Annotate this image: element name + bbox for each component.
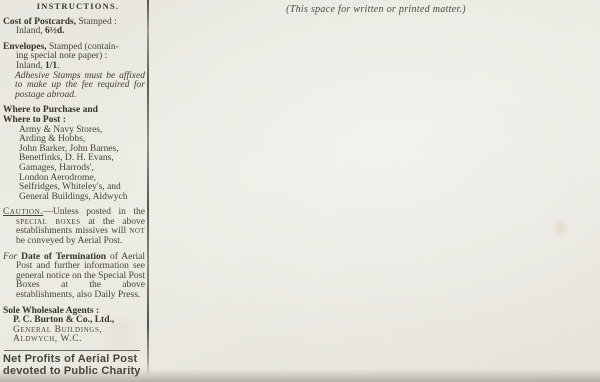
caution-paragraph: Caution.—Unless posted in the special bo… bbox=[3, 208, 145, 246]
agents-address-line-2: Aldwych, W.C. bbox=[3, 335, 145, 345]
caution-not: not bbox=[129, 226, 145, 236]
column-divider-line bbox=[147, 0, 149, 376]
instructions-column: INSTRUCTIONS. Cost of Postcards, Stamped… bbox=[3, 2, 145, 377]
horizontal-rule bbox=[4, 350, 140, 351]
adhesive-stamps-note: Adhesive Stamps must be affixed to make … bbox=[15, 72, 145, 101]
envelopes-inland-price: 1/1 bbox=[45, 61, 57, 71]
cost-inland-price: 6½d. bbox=[45, 26, 65, 36]
envelopes-paragraph: Envelopes, Stamped (contain- ing special… bbox=[3, 43, 145, 101]
charity-line-2: devoted to Public Charity bbox=[3, 366, 145, 378]
cost-paragraph: Cost of Postcards, Stamped : Inland, 6½d… bbox=[3, 18, 145, 37]
cost-label: Cost of Postcards, bbox=[3, 17, 76, 27]
charity-notice: Net Profits of Aerial Post devoted to Pu… bbox=[3, 354, 145, 377]
cost-inland-prefix: Inland, bbox=[16, 26, 45, 36]
postcard-back: (This space for written or printed matte… bbox=[0, 0, 600, 382]
purchase-section: Where to Purchase and Where to Post : Ar… bbox=[3, 106, 145, 202]
envelopes-inland-prefix: Inland, bbox=[16, 61, 45, 71]
envelopes-inland-suffix: . bbox=[57, 61, 59, 71]
cost-text: Stamped : bbox=[76, 17, 117, 27]
caution-special-boxes: special boxes bbox=[16, 217, 80, 227]
caution-text-3: be conveyed by Aerial Post. bbox=[16, 236, 122, 246]
instructions-heading: INSTRUCTIONS. bbox=[3, 2, 145, 12]
caution-label: Caution. bbox=[3, 207, 43, 217]
cost-line-2: Inland, 6½d. bbox=[3, 27, 145, 37]
charity-line-1: Net Profits of Aerial Post bbox=[3, 354, 145, 366]
location-item: General Buildings, Aldwych bbox=[3, 193, 145, 203]
message-space-caption: (This space for written or printed matte… bbox=[160, 4, 592, 15]
termination-paragraph: For Date of Termination of Aerial Post a… bbox=[3, 253, 145, 301]
agents-section: Sole Wholesale Agents : P. C. Burton & C… bbox=[3, 307, 145, 345]
caution-text-1: —Unless posted in the bbox=[43, 207, 145, 217]
